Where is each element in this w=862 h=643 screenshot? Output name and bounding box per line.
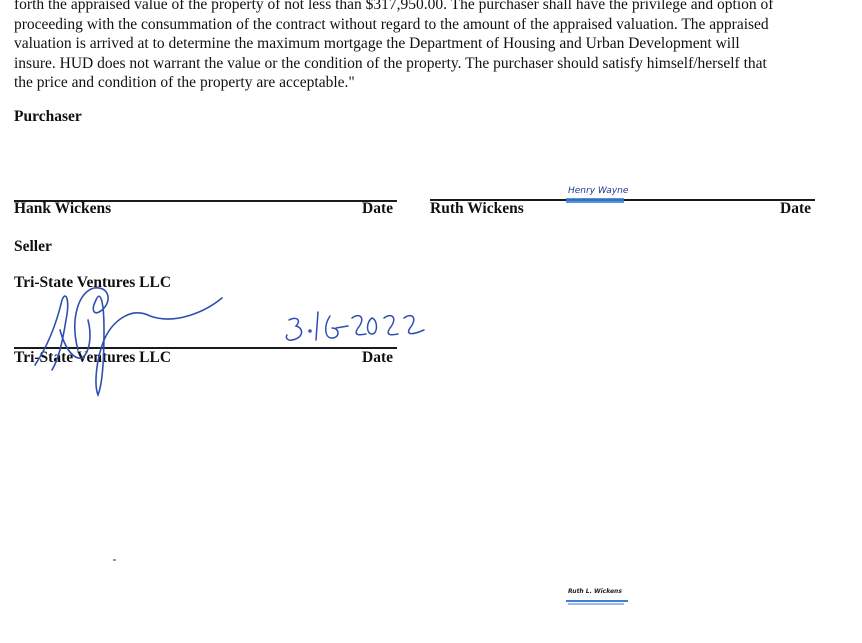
- footer-esignature-text: Ruth L. Wickens: [568, 588, 622, 595]
- scan-speck: [113, 559, 116, 561]
- footer-esignature: Ruth L. Wickens: [566, 592, 630, 606]
- seller-handwritten-signature: [0, 0, 862, 643]
- footer-esignature-bar: [566, 600, 628, 602]
- footer-esignature-caption: [568, 603, 624, 605]
